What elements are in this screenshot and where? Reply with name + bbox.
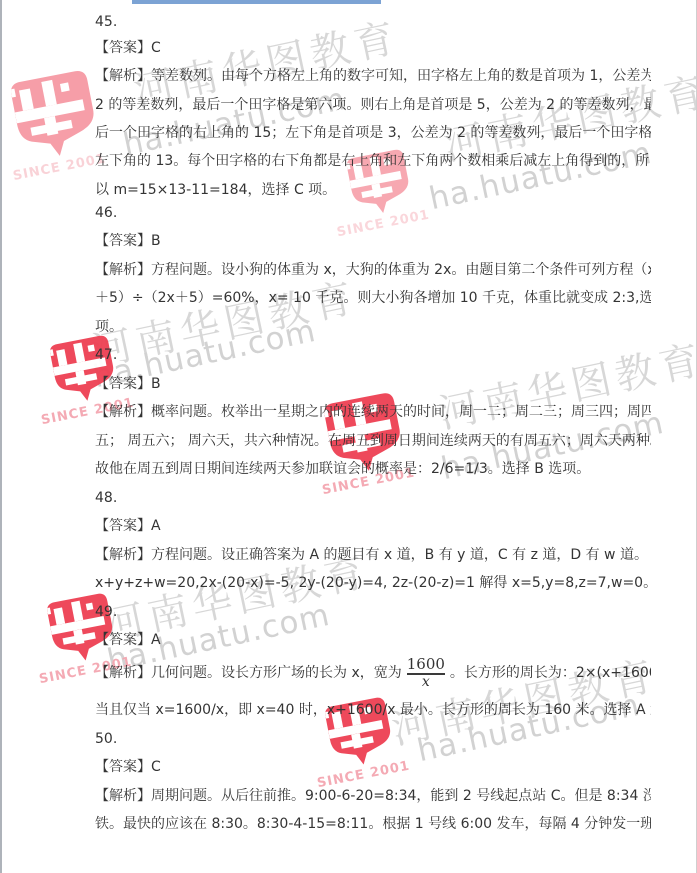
fraction: 1600x xyxy=(407,656,445,690)
fraction-denominator: x xyxy=(422,675,430,690)
analysis-line: 2 的等差数列，最后一个田字格是第六项。则右上角是首项是 5，公差为 2 的等差… xyxy=(95,95,651,119)
answers-content: 45.【答案】C【解析】等差数列。由每个方格左上角的数字可知，田字格左上角的数是… xyxy=(0,0,697,873)
analysis-line: 以 m=15×13-11=184，选择 C 项。 xyxy=(95,180,651,204)
analysis-line: ＋5）÷（2x＋5）=60%，x= 10 千克。则大小狗各增加 10 千克，体重… xyxy=(95,288,651,312)
analysis-line: 【解析】方程问题。设正确答案为 A 的题目有 x 道，B 有 y 道，C 有 z… xyxy=(95,545,651,569)
analysis-line: 左下角的 13。每个田字格的右下角都是右上角和左下角两个数相乘后减左上角得到的，… xyxy=(95,151,651,175)
fraction-numerator: 1600 xyxy=(407,656,445,673)
analysis-line: 【解析】周期问题。从后往前推。9:00-6-20=8:34，能到 2 号线起点站… xyxy=(95,786,651,810)
top-partial-blue-bar xyxy=(132,0,381,4)
analysis-line: 项。 xyxy=(95,317,651,341)
fraction-line-post-text: 。长方形的周长为：2×(x+1600/x)2。 xyxy=(450,663,651,683)
question-number: 45. xyxy=(95,12,651,36)
analysis-line: 当且仅当 x=1600/x，即 x=40 时，x+1600/x 最小。长方形的周… xyxy=(95,700,651,724)
analysis-line: 【解析】概率问题。枚举出一星期之内的连续两天的时间，周一二；周二三；周三四；周四 xyxy=(95,402,651,426)
analysis-line: x+y+z+w=20,2x-(20-x)=-5, 2y-(20-y)=4, 2z… xyxy=(95,573,651,597)
answer-line: 【答案】A xyxy=(95,516,651,540)
question-number: 49. xyxy=(95,602,651,626)
analysis-line: 后一个田字格的右上角的 15；左下角是首项是 3，公差为 2 的等差数列，最后一… xyxy=(95,123,651,147)
document-page: 河南华图教育 ha.huatu.com 河南华图教育 ha.huatu.com … xyxy=(0,0,697,873)
fraction-line-pre-text: 【解析】几何问题。设长方形广场的长为 x，宽为 xyxy=(95,663,402,683)
page-left-border xyxy=(0,0,2,873)
answer-line: 【答案】B xyxy=(95,374,651,398)
analysis-line: 铁。最快的应该在 8:30。8:30-4-15=8:11。根据 1 号线 6:0… xyxy=(95,814,651,838)
analysis-line-with-fraction: 【解析】几何问题。设长方形广场的长为 x，宽为1600x。长方形的周长为：2×(… xyxy=(95,650,651,696)
answer-line: 【答案】C xyxy=(95,38,651,62)
answer-line: 【答案】B xyxy=(95,231,651,255)
question-number: 46. xyxy=(95,203,651,227)
analysis-line: 五； 周五六； 周六天，共六种情况。在周五到周日期间连续两天的有周五六；周六天两… xyxy=(95,431,651,455)
question-number: 48. xyxy=(95,488,651,512)
answer-line: 【答案】C xyxy=(95,757,651,781)
analysis-line: 【解析】方程问题。设小狗的体重为 x，大狗的体重为 2x。由题目第二个条件可列方… xyxy=(95,260,651,284)
analysis-line: 【解析】等差数列。由每个方格左上角的数字可知，田字格左上角的数是首项为 1，公差… xyxy=(95,66,651,90)
question-number: 50. xyxy=(95,729,651,753)
question-number: 47. xyxy=(95,345,651,369)
analysis-line: 故他在周五到周日期间连续两天参加联谊会的概率是：2/6=1/3。选择 B 选项。 xyxy=(95,459,651,483)
